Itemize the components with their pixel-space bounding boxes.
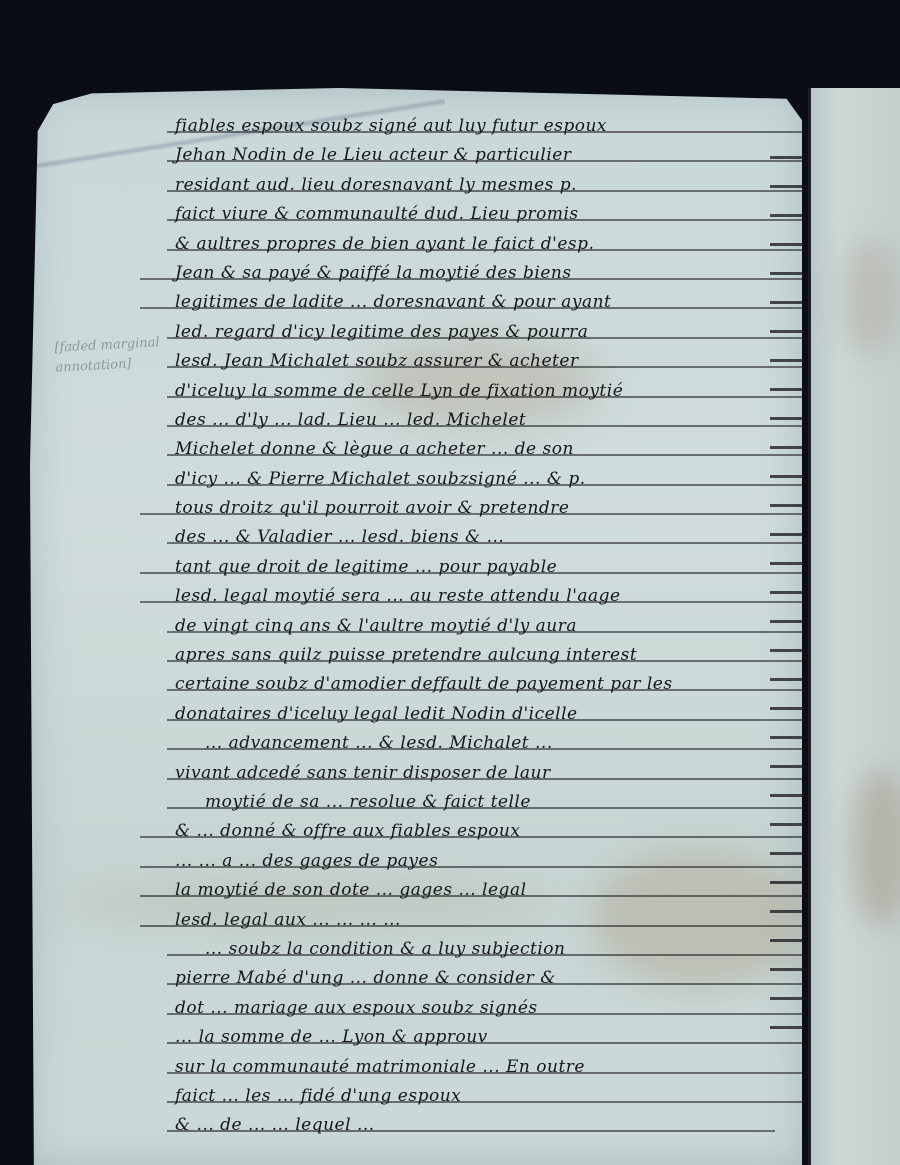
text-line: residant aud. lieu doresnavant ly mesmes…	[175, 171, 805, 200]
water-stain	[851, 768, 900, 928]
text-line: vivant adcedé sans tenir disposer de lau…	[175, 759, 805, 788]
text-line: Michelet donne & lègue a acheter ... de …	[175, 435, 805, 464]
text-line: fiables espoux soubz signé aut luy futur…	[175, 112, 805, 141]
text-line: & ... de ... ... lequel ...	[175, 1111, 805, 1140]
text-line: ... advancement ... & lesd. Michalet ...	[175, 729, 805, 758]
text-line: de vingt cinq ans & l'aultre moytié d'ly…	[175, 612, 805, 641]
manuscript-scan: [faded marginal annotation] fiables espo…	[0, 0, 900, 1165]
text-line: moytié de sa ... resolue & faict telle	[175, 788, 805, 817]
text-line: & ... donné & offre aux fiables espoux	[175, 817, 805, 846]
text-line: faict viure & communaulté dud. Lieu prom…	[175, 200, 805, 229]
manuscript-text: fiables espoux soubz signé aut luy futur…	[175, 112, 805, 1141]
text-line: ... soubz la condition & a luy subjectio…	[175, 935, 805, 964]
text-line: dot ... mariage aux espoux soubz signés	[175, 994, 805, 1023]
text-line: apres sans quilz puisse pretendre aulcun…	[175, 641, 805, 670]
text-line: donataires d'iceluy legal ledit Nodin d'…	[175, 700, 805, 729]
text-line: ... la somme de ... Lyon & approuv	[175, 1023, 805, 1052]
text-line: lesd. legal aux ... ... ... ...	[175, 906, 805, 935]
text-line: & aultres propres de bien ayant le faict…	[175, 230, 805, 259]
text-line: legitimes de ladite ... doresnavant & po…	[175, 288, 805, 317]
text-line: tant que droit de legitime ... pour paya…	[175, 553, 805, 582]
water-stain	[841, 238, 900, 358]
text-line: certaine soubz d'amodier deffault de pay…	[175, 670, 805, 699]
text-line: des ... d'ly ... lad. Lieu ... led. Mich…	[175, 406, 805, 435]
text-line: d'iceluy la somme de celle Lyn de fixati…	[175, 377, 805, 406]
text-line: lesd. Jean Michalet soubz assurer & ache…	[175, 347, 805, 376]
text-line: tous droitz qu'il pourroit avoir & prete…	[175, 494, 805, 523]
text-line: lesd. legal moytié sera ... au reste att…	[175, 582, 805, 611]
text-line: faict ... les ... fidé d'ung espoux	[175, 1082, 805, 1111]
text-line: led. regard d'icy legitime des payes & p…	[175, 318, 805, 347]
text-line: Jean & sa payé & paiffé la moytié des bi…	[175, 259, 805, 288]
text-line: Jehan Nodin de le Lieu acteur & particul…	[175, 141, 805, 170]
manuscript-page-right	[808, 88, 900, 1165]
text-line: pierre Mabé d'ung ... donne & consider &	[175, 964, 805, 993]
text-line: sur la communauté matrimoniale ... En ou…	[175, 1053, 805, 1082]
text-line: la moytié de son dote ... gages ... lega…	[175, 876, 805, 905]
text-line: ... ... a ... des gages de payes	[175, 847, 805, 876]
text-line: des ... & Valadier ... lesd. biens & ...	[175, 523, 805, 552]
text-line: d'icy ... & Pierre Michalet soubzsigné .…	[175, 465, 805, 494]
